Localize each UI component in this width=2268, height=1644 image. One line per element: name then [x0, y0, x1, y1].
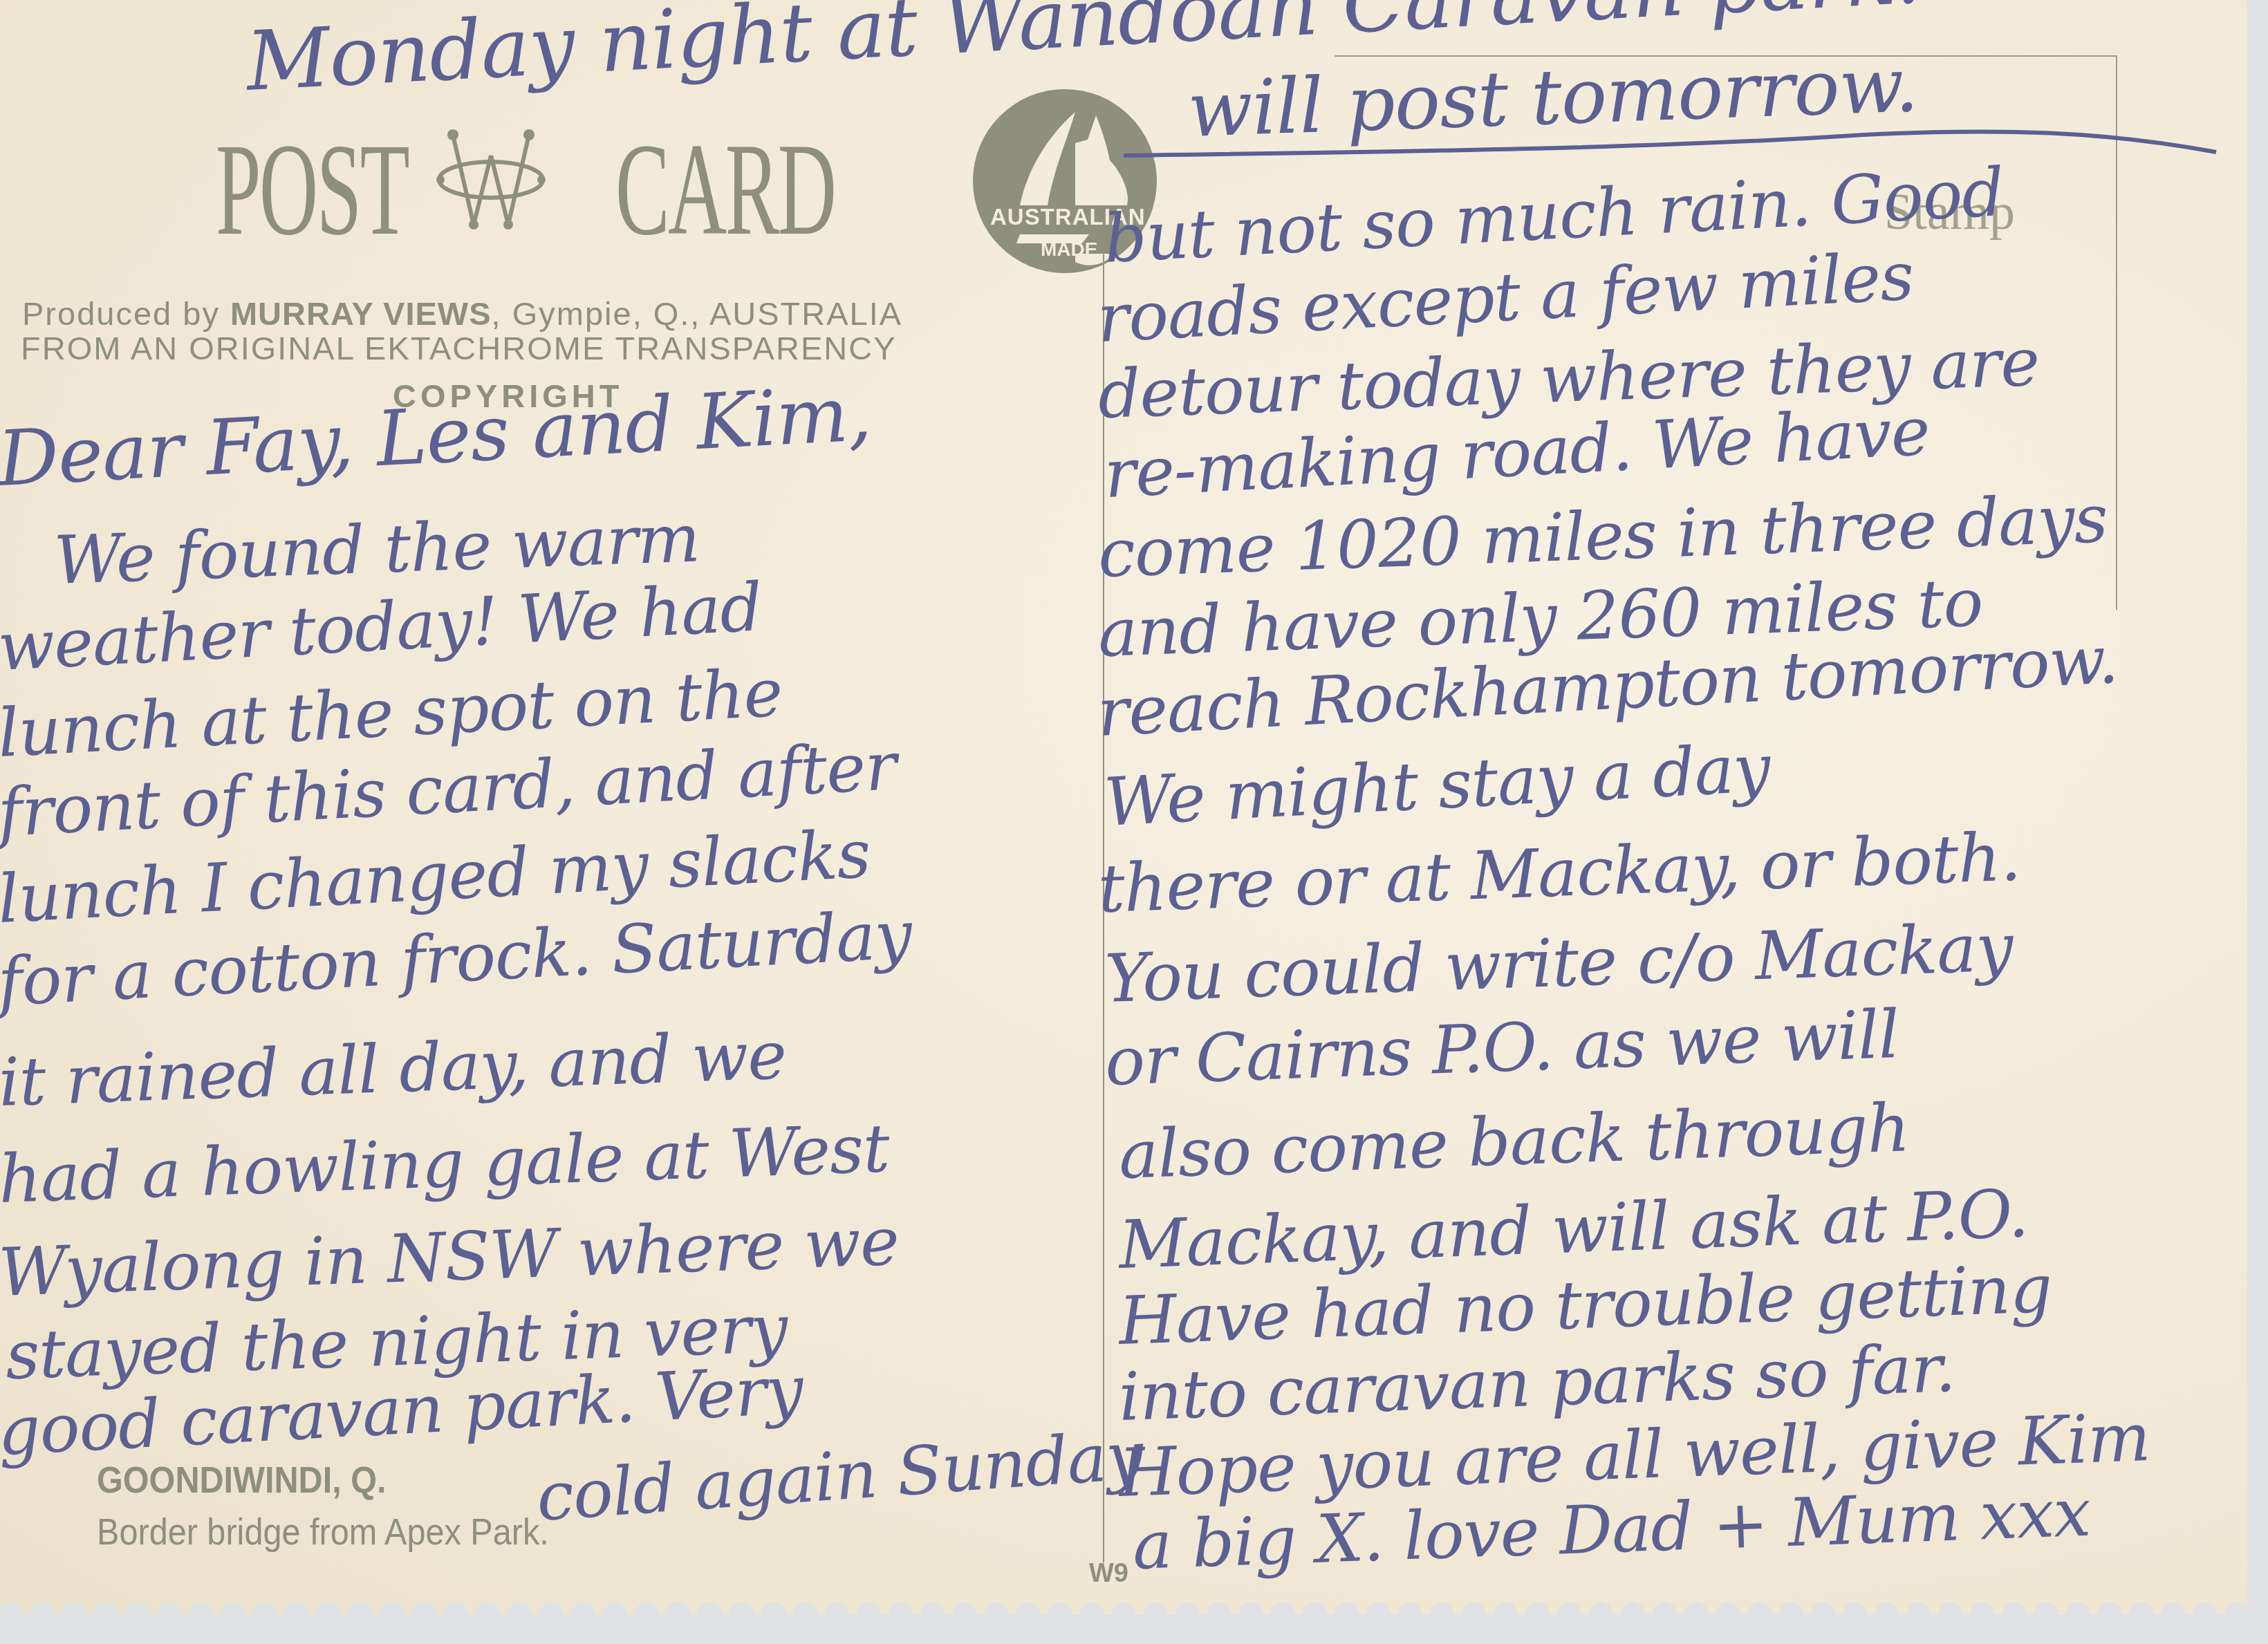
- murray-views-monogram-icon: [432, 128, 550, 232]
- producer-name: MURRAY VIEWS: [230, 295, 492, 332]
- caption-title: GOONDIWINDI, Q.: [97, 1459, 387, 1502]
- produced-suffix: , Gympie, Q., AUSTRALIA: [492, 295, 903, 332]
- produced-prefix: Produced by: [22, 295, 230, 332]
- produced-by-line: Produced by MURRAY VIEWS, Gympie, Q., AU…: [22, 296, 902, 333]
- logo-text-made: MADE: [1041, 239, 1097, 261]
- transparency-line: FROM AN ORIGINAL EKTACHROME TRANSPARENCY: [21, 330, 896, 367]
- post-word: POST: [216, 124, 408, 256]
- handwritten-underline: [1103, 124, 2223, 166]
- caption-subtitle: Border bridge from Apex Park.: [97, 1511, 549, 1553]
- card-word: CARD: [615, 124, 835, 256]
- card-code: W9: [1089, 1559, 1128, 1589]
